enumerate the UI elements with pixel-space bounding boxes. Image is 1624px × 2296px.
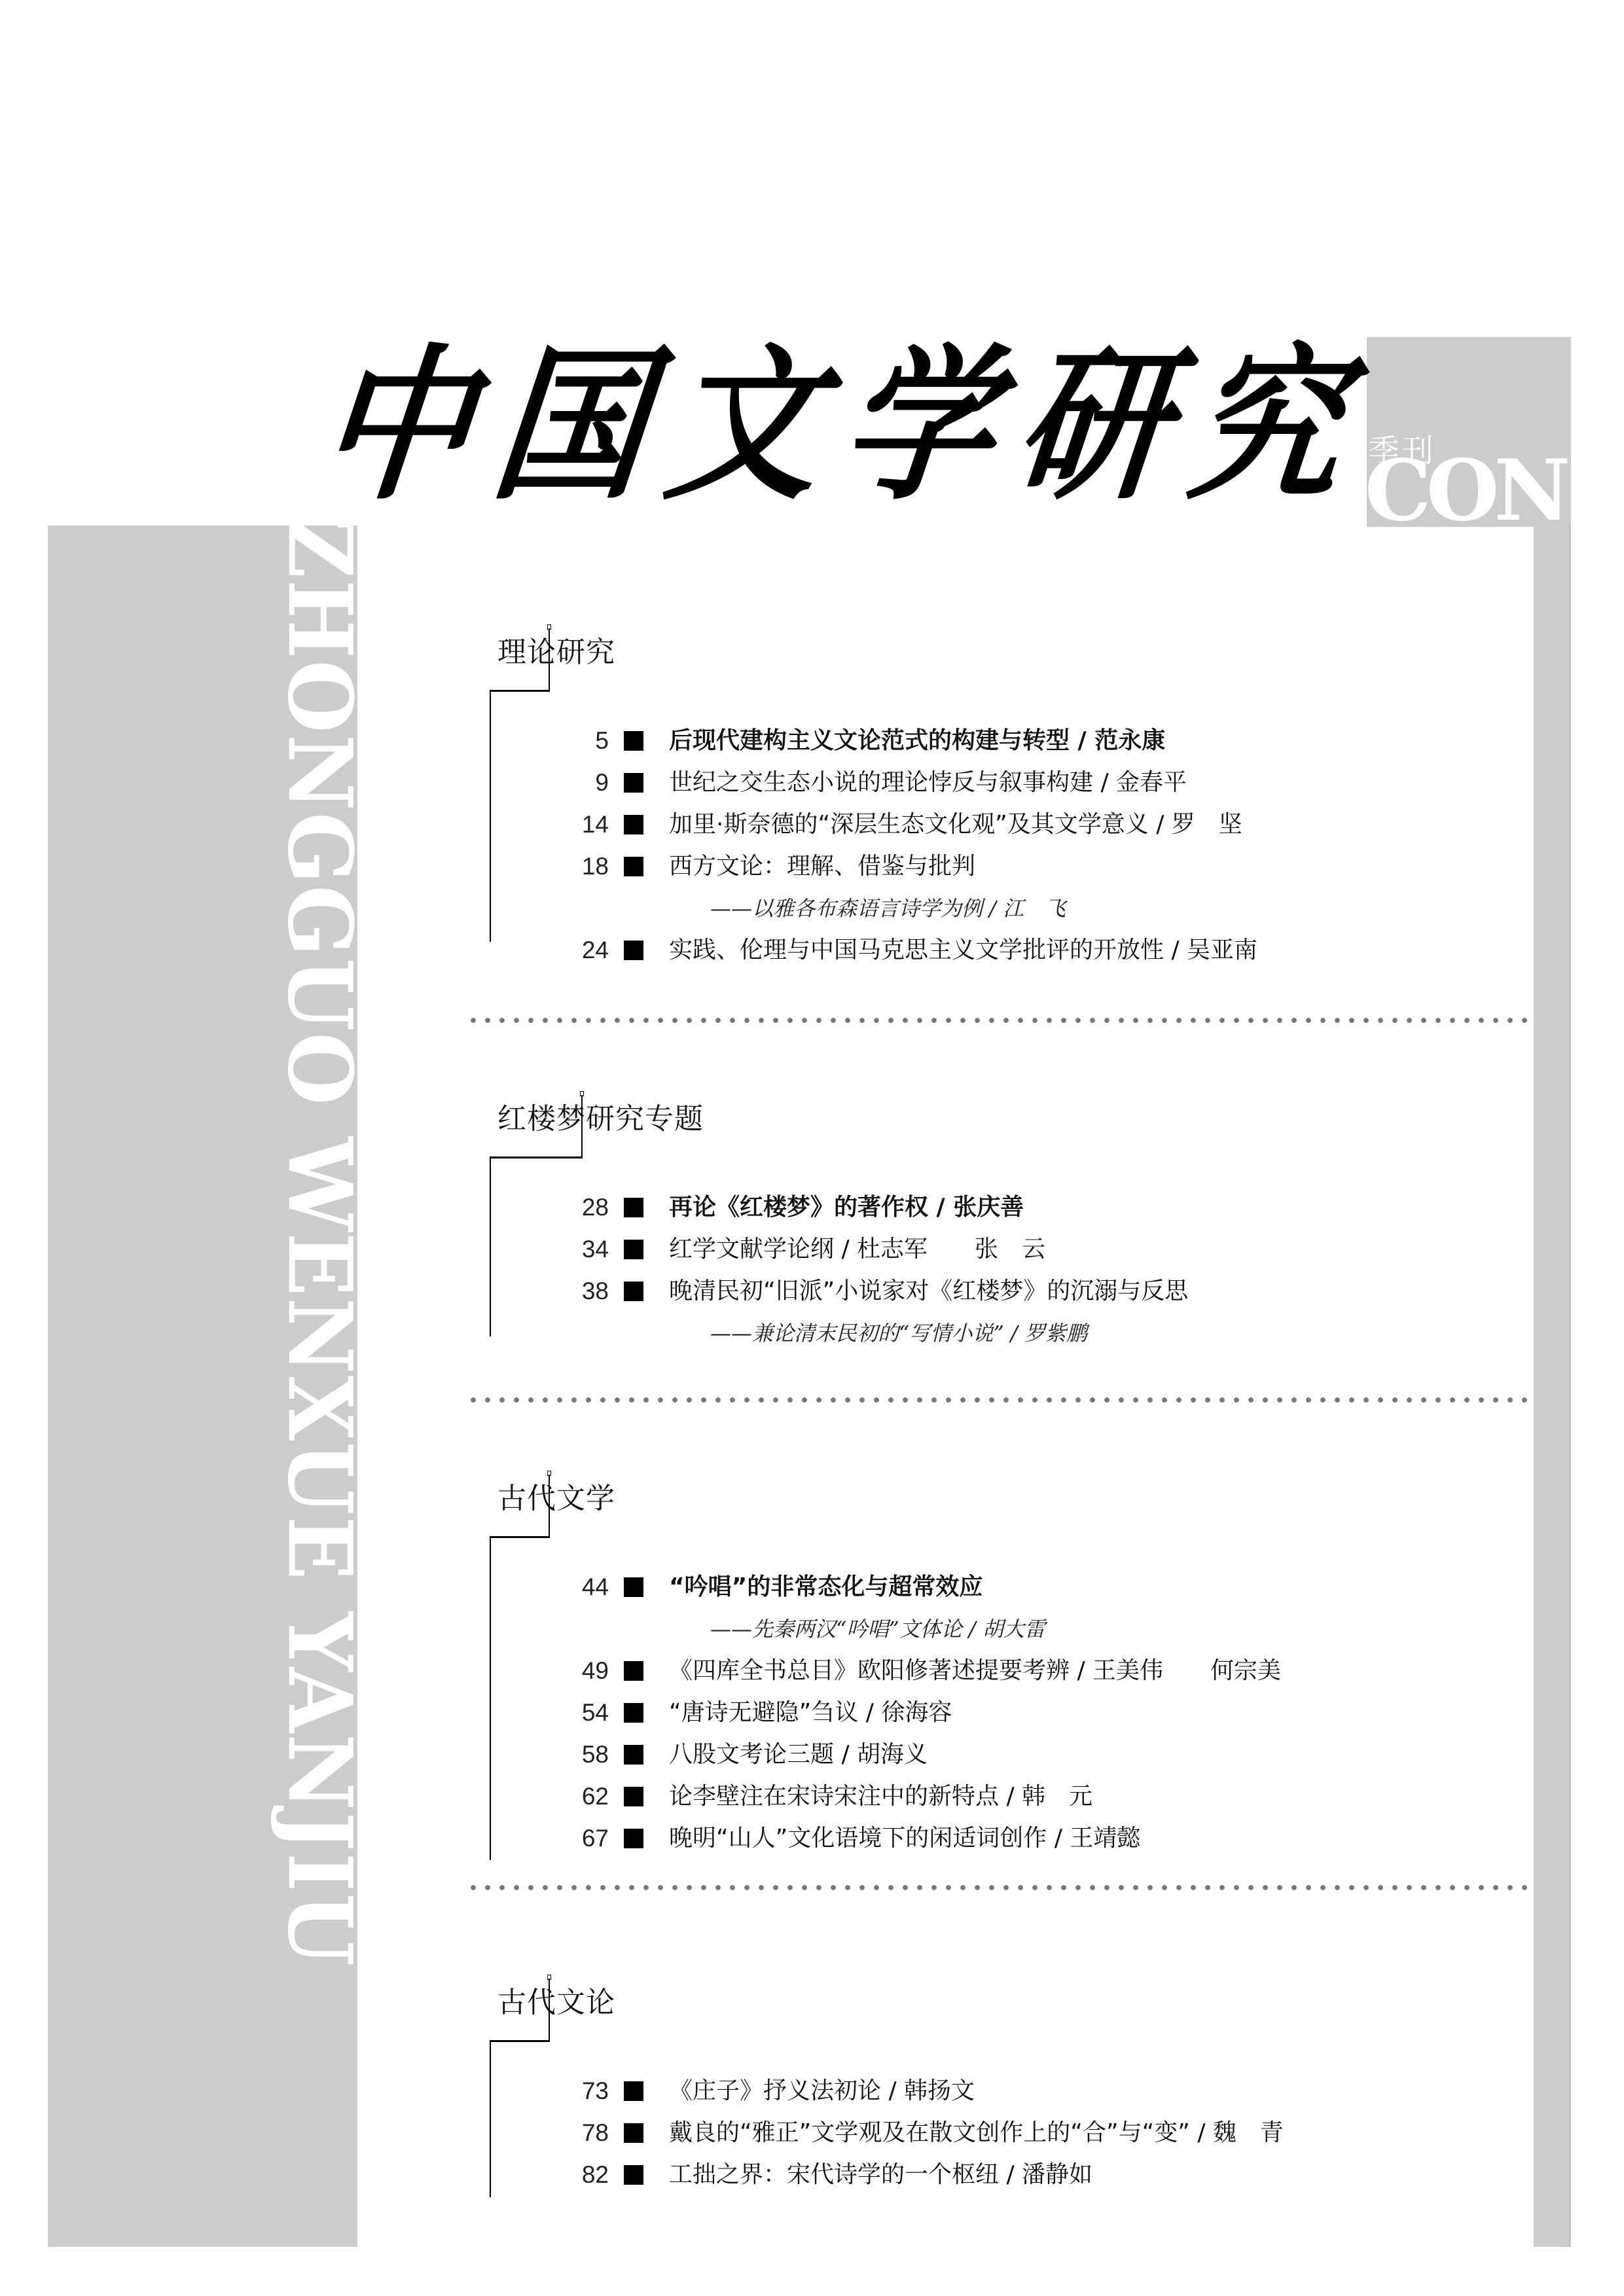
toc-entry[interactable]: 18 西方文论：理解、借鉴与批判 xyxy=(458,846,1532,888)
entry-title: 实践、伦理与中国马克思主义文学批评的开放性 / 吴亚南 xyxy=(669,929,1257,971)
entry-title: 加里·斯奈德的“深层生态文化观”及其文学意义 / 罗 坚 xyxy=(669,804,1242,846)
page-number: 9 xyxy=(524,762,609,804)
entry-title: 工拙之界：宋代诗学的一个枢纽 / 潘静如 xyxy=(669,2154,1092,2196)
toc-entry[interactable]: 82 工拙之界：宋代诗学的一个枢纽 / 潘静如 xyxy=(458,2154,1532,2196)
entry-title: 戴良的“雅正”文学观及在散文创作上的“合”与“变” / 魏 青 xyxy=(669,2112,1284,2154)
square-bullet-icon xyxy=(624,1198,643,1217)
square-bullet-icon xyxy=(624,1703,643,1723)
page-number: 38 xyxy=(524,1270,609,1312)
dotted-divider xyxy=(466,1397,1533,1403)
section-title: 理论研究 xyxy=(497,628,615,670)
page-number: 44 xyxy=(524,1566,609,1608)
right-gray-strip xyxy=(1534,524,1571,2247)
dotted-divider xyxy=(466,1885,1533,1890)
entry-list: 73 《庄子》抒义法初论 / 韩扬文 78 戴良的“雅正”文学观及在散文创作上的… xyxy=(458,2070,1532,2196)
toc-entry[interactable]: 34 红学文献学论纲 / 杜志军 张 云 xyxy=(458,1229,1532,1270)
bracket-line xyxy=(490,690,550,692)
bracket-line xyxy=(490,2040,550,2042)
bracket-line xyxy=(490,1536,550,1538)
square-bullet-icon xyxy=(624,1745,643,1765)
toc-entry[interactable]: 5 后现代建构主义文论范式的构建与转型 / 范永康 xyxy=(458,720,1532,762)
square-bullet-icon xyxy=(624,1787,643,1806)
entry-title: 世纪之交生态小说的理论悖反与叙事构建 / 金春平 xyxy=(669,762,1187,804)
square-bullet-icon xyxy=(624,1282,643,1301)
entry-title: 论李壁注在宋诗宋注中的新特点 / 韩 元 xyxy=(669,1776,1092,1818)
bracket-line xyxy=(581,1095,583,1158)
toc-entry[interactable]: 9 世纪之交生态小说的理论悖反与叙事构建 / 金春平 xyxy=(458,762,1532,804)
section-theory: 理论研究 5 后现代建构主义文论范式的构建与转型 / 范永康 9 世纪之交生态小… xyxy=(458,609,1532,687)
entry-subtitle: ——先秦两汉“吟唱”文体论 / 胡大雷 xyxy=(710,1608,1045,1650)
dotted-divider xyxy=(466,1018,1533,1023)
entry-list: 28 再论《红楼梦》的著作权 / 张庆善 34 红学文献学论纲 / 杜志军 张 … xyxy=(458,1187,1532,1354)
square-bullet-icon xyxy=(624,731,643,751)
square-bullet-icon xyxy=(624,941,643,960)
title-char: 究 xyxy=(1180,317,1354,533)
bracket-line xyxy=(490,1157,583,1158)
square-bullet-icon xyxy=(624,815,643,834)
entry-title: 晚清民初“旧派”小说家对《红楼梦》的沉溺与反思 xyxy=(669,1270,1188,1312)
title-char: 国 xyxy=(484,317,657,533)
page-number: 62 xyxy=(524,1776,609,1818)
toc-entry[interactable]: 58 八股文考论三题 / 胡海义 xyxy=(458,1734,1532,1776)
bracket-line xyxy=(549,1475,550,1537)
toc-entry-subtitle[interactable]: ——以雅各布森语言诗学为例 / 江 飞 xyxy=(458,888,1532,929)
bracket-line xyxy=(549,1979,550,2041)
page-number: 54 xyxy=(524,1692,609,1734)
entry-list: 44 “吟唱”的非常态化与超常效应 ——先秦两汉“吟唱”文体论 / 胡大雷 49… xyxy=(458,1566,1532,1859)
vertical-pinyin-title: ZHONGGUO WENXUE YANJIU xyxy=(278,517,361,2251)
square-bullet-icon xyxy=(624,857,643,876)
toc-entry[interactable]: 67 晚明“山人”文化语境下的闲适词创作 / 王靖懿 xyxy=(458,1818,1532,1859)
page-number: 49 xyxy=(524,1650,609,1692)
entry-title: 《庄子》抒义法初论 / 韩扬文 xyxy=(669,2070,975,2112)
entry-title: 再论《红楼梦》的著作权 / 张庆善 xyxy=(669,1187,1024,1229)
page-number: 78 xyxy=(524,2112,609,2154)
section-hongloumeng: 红楼梦研究专题 28 再论《红楼梦》的著作权 / 张庆善 34 红学文献学论纲 … xyxy=(458,1075,1532,1154)
journal-title: 中 国 文 学 研 究 xyxy=(321,327,1342,524)
entry-list: 5 后现代建构主义文论范式的构建与转型 / 范永康 9 世纪之交生态小说的理论悖… xyxy=(458,720,1532,971)
square-bullet-icon xyxy=(624,2123,643,2143)
entry-title: 八股文考论三题 / 胡海义 xyxy=(669,1734,928,1776)
toc-entry[interactable]: 73 《庄子》抒义法初论 / 韩扬文 xyxy=(458,2070,1532,2112)
page-number: 34 xyxy=(524,1229,609,1270)
entry-title: “吟唱”的非常态化与超常效应 xyxy=(669,1566,983,1608)
page-number: 58 xyxy=(524,1734,609,1776)
section-header: 古代文学 xyxy=(458,1455,1532,1534)
entry-subtitle: ——以雅各布森语言诗学为例 / 江 飞 xyxy=(710,888,1066,929)
page-number: 14 xyxy=(524,804,609,846)
entry-subtitle: ——兼论清末民初的“写情小说” / 罗紫鹏 xyxy=(710,1312,1087,1354)
square-bullet-icon xyxy=(624,2165,643,2185)
toc-entry[interactable]: 28 再论《红楼梦》的著作权 / 张庆善 xyxy=(458,1187,1532,1229)
page-number: 82 xyxy=(524,2154,609,2196)
title-char: 中 xyxy=(310,317,483,533)
section-title: 古代文论 xyxy=(497,1979,615,2020)
entry-title: 西方文论：理解、借鉴与批判 xyxy=(669,846,975,888)
toc-entry[interactable]: 62 论李壁注在宋诗宋注中的新特点 / 韩 元 xyxy=(458,1776,1532,1818)
square-bullet-icon xyxy=(624,2081,643,2101)
contents-label-fragment: CON xyxy=(1365,452,1565,530)
toc-entry-subtitle[interactable]: ——兼论清末民初的“写情小说” / 罗紫鹏 xyxy=(458,1312,1532,1354)
entry-title: 红学文献学论纲 / 杜志军 张 云 xyxy=(669,1229,1045,1270)
square-bullet-icon xyxy=(624,1829,643,1848)
toc-entry[interactable]: 24 实践、伦理与中国马克思主义文学批评的开放性 / 吴亚南 xyxy=(458,929,1532,971)
title-char: 学 xyxy=(832,317,1005,533)
section-ancient-theory: 古代文论 73 《庄子》抒义法初论 / 韩扬文 78 戴良的“雅正”文学观及在散… xyxy=(458,1959,1532,2037)
toc-entry-subtitle[interactable]: ——先秦两汉“吟唱”文体论 / 胡大雷 xyxy=(458,1608,1532,1650)
section-title: 红楼梦研究专题 xyxy=(497,1095,704,1137)
toc-entry[interactable]: 54 “唐诗无避隐”刍议 / 徐海容 xyxy=(458,1692,1532,1734)
toc-entry[interactable]: 49 《四库全书总目》欧阳修著述提要考辨 / 王美伟 何宗美 xyxy=(458,1650,1532,1692)
entry-title: 《四库全书总目》欧阳修著述提要考辨 / 王美伟 何宗美 xyxy=(669,1650,1281,1692)
entry-title: “唐诗无避隐”刍议 / 徐海容 xyxy=(669,1692,952,1734)
section-header: 理论研究 xyxy=(458,609,1532,687)
page-number: 24 xyxy=(524,929,609,971)
bracket-line xyxy=(549,628,550,691)
square-bullet-icon xyxy=(624,773,643,793)
page-number: 5 xyxy=(524,720,609,762)
square-bullet-icon xyxy=(624,1661,643,1681)
section-title: 古代文学 xyxy=(497,1475,615,1516)
page-number: 18 xyxy=(524,846,609,888)
square-bullet-icon xyxy=(624,1240,643,1259)
section-ancient-literature: 古代文学 44 “吟唱”的非常态化与超常效应 ——先秦两汉“吟唱”文体论 / 胡… xyxy=(458,1455,1532,1534)
page-number: 67 xyxy=(524,1818,609,1859)
square-bullet-icon xyxy=(624,1577,643,1597)
entry-title: 后现代建构主义文论范式的构建与转型 / 范永康 xyxy=(669,720,1165,762)
section-header: 古代文论 xyxy=(458,1959,1532,2037)
toc-entry[interactable]: 14 加里·斯奈德的“深层生态文化观”及其文学意义 / 罗 坚 xyxy=(458,804,1532,846)
title-char: 文 xyxy=(658,317,831,533)
page-number: 73 xyxy=(524,2070,609,2112)
section-header: 红楼梦研究专题 xyxy=(458,1075,1532,1154)
toc-entry[interactable]: 38 晚清民初“旧派”小说家对《红楼梦》的沉溺与反思 xyxy=(458,1270,1532,1312)
entry-title: 晚明“山人”文化语境下的闲适词创作 / 王靖懿 xyxy=(669,1818,1140,1859)
page-number: 28 xyxy=(524,1187,609,1229)
toc-entry[interactable]: 44 “吟唱”的非常态化与超常效应 xyxy=(458,1566,1532,1608)
title-char: 研 xyxy=(1006,317,1180,533)
toc-entry[interactable]: 78 戴良的“雅正”文学观及在散文创作上的“合”与“变” / 魏 青 xyxy=(458,2112,1532,2154)
